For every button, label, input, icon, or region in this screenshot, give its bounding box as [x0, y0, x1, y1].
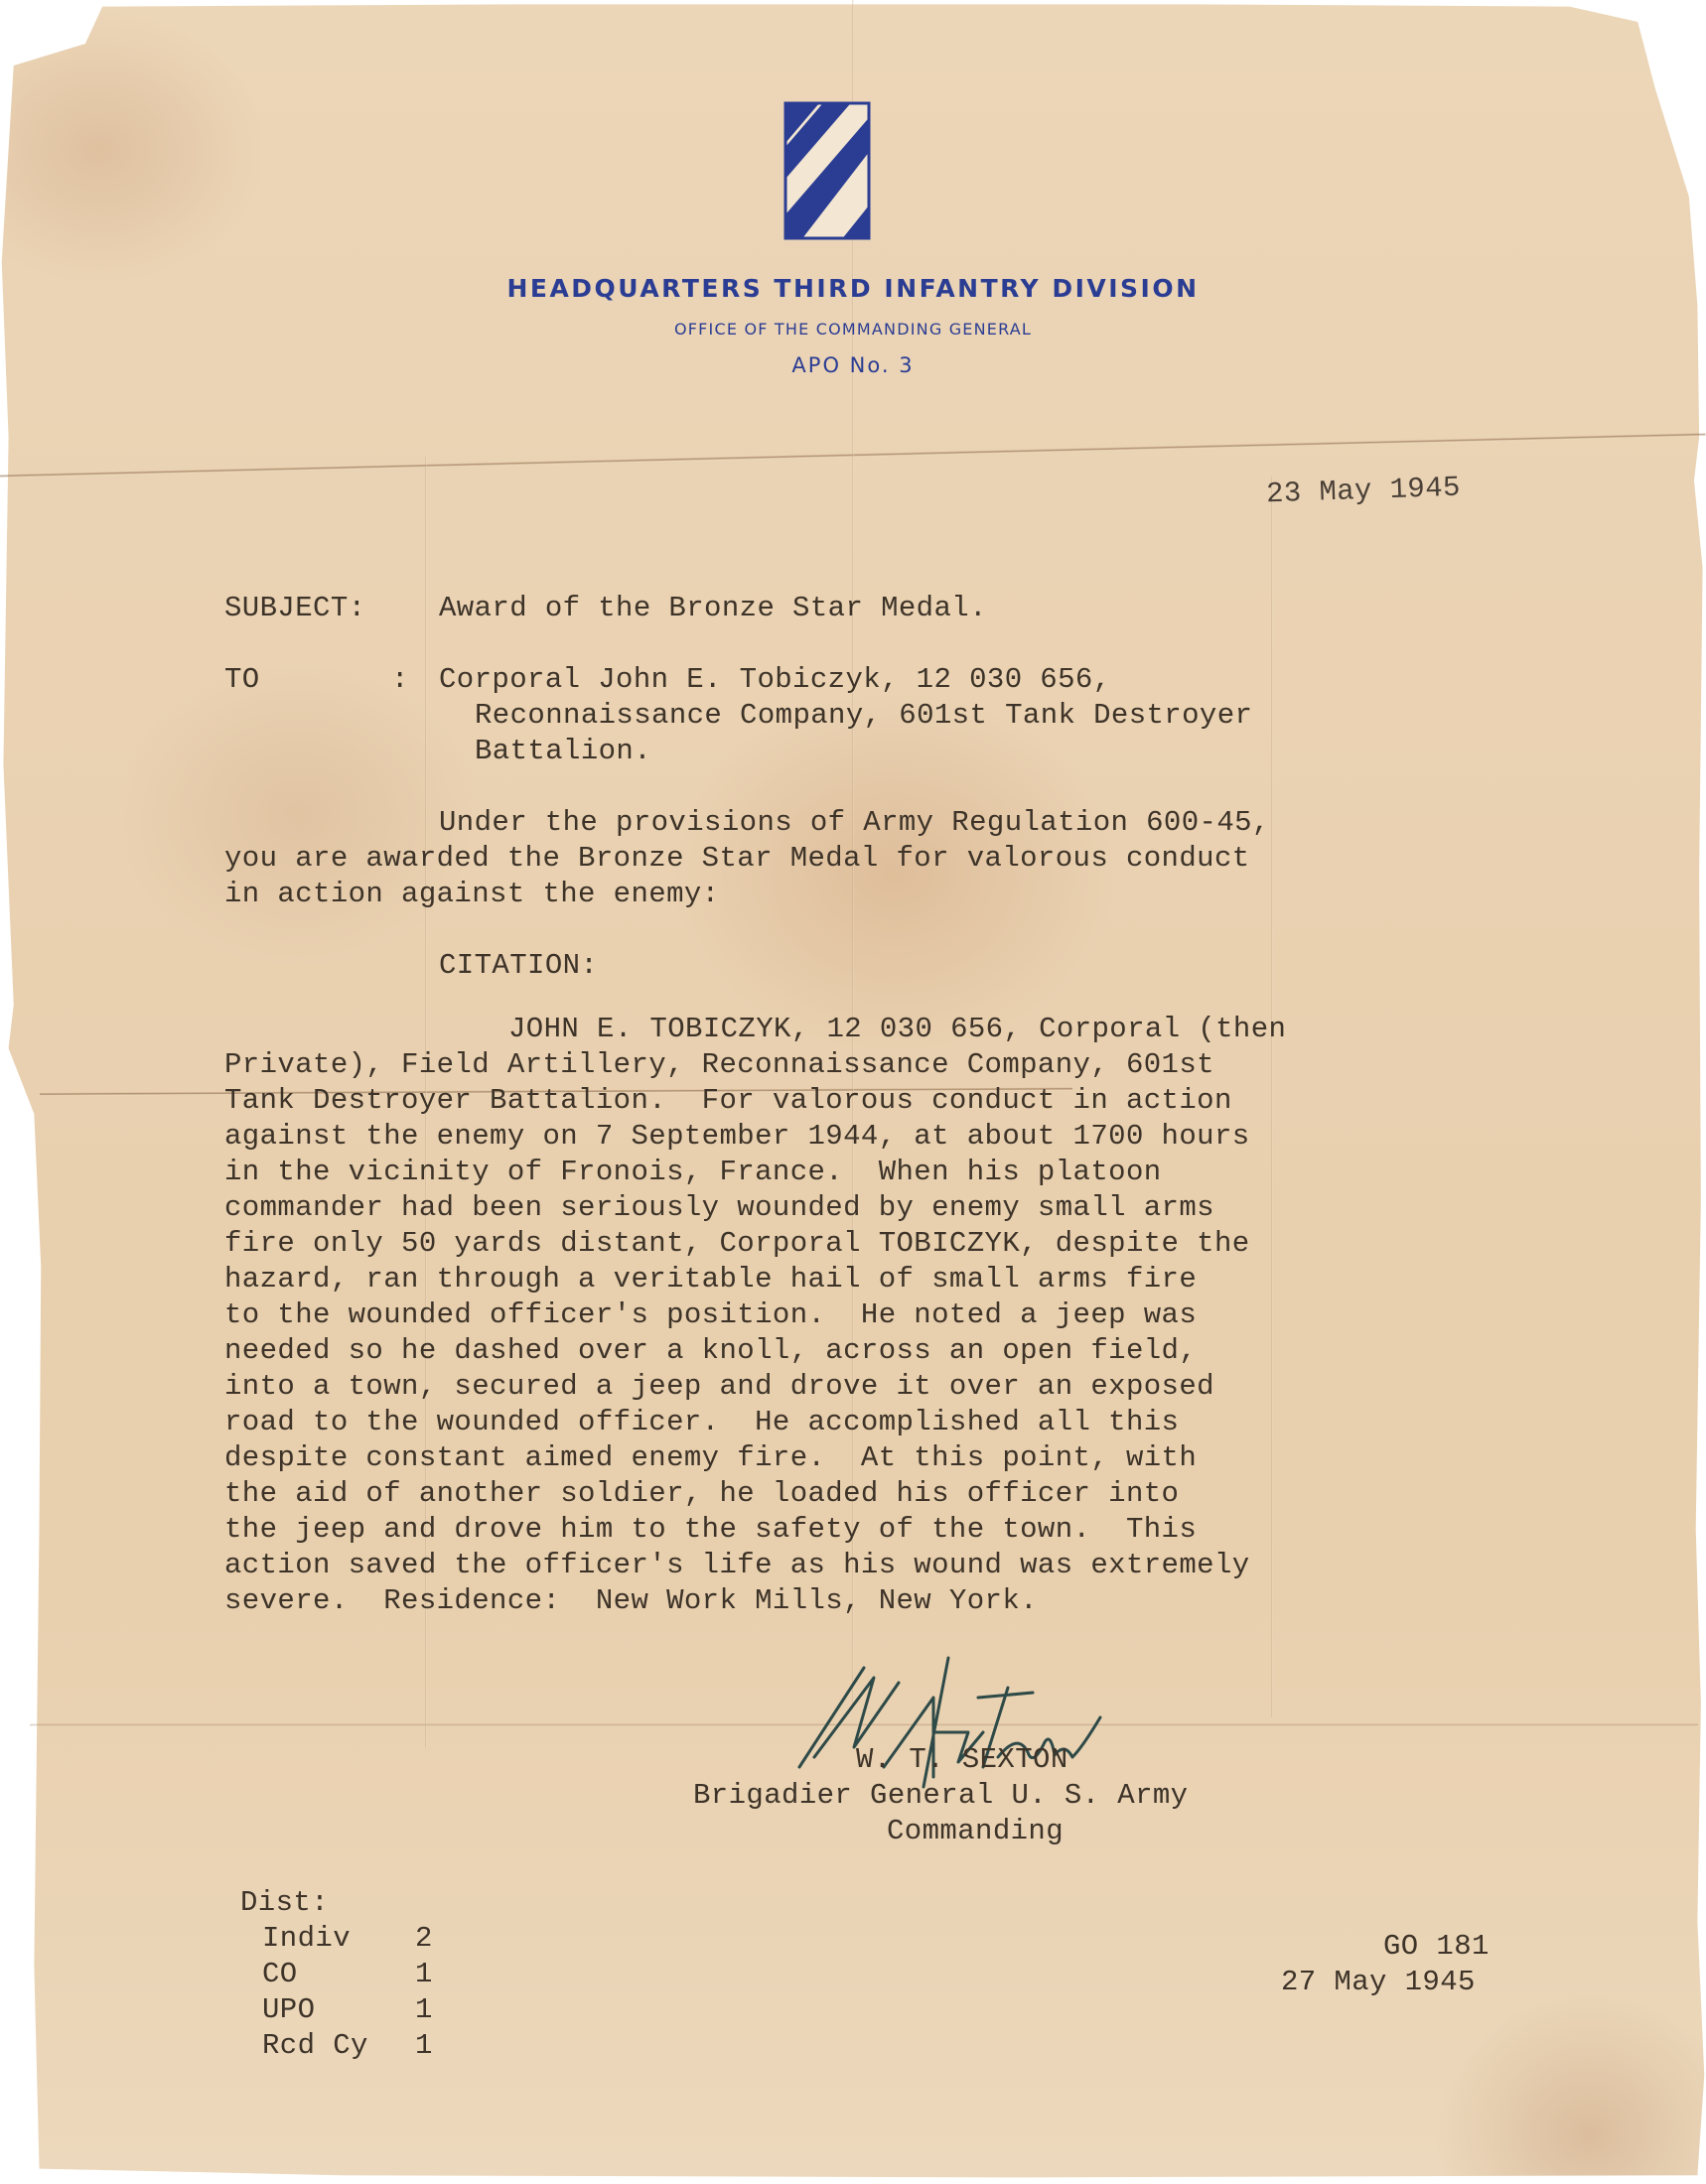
- signatory-role: Commanding: [887, 1815, 1064, 1847]
- letter-date: 23 May 1945: [1265, 472, 1461, 511]
- to-line-1: Corporal John E. Tobiczyk, 12 030 656,: [439, 663, 1111, 696]
- citation-line: Private), Field Artillery, Reconnaissanc…: [224, 1048, 1214, 1081]
- distribution-count: 2: [415, 1922, 433, 1955]
- citation-line: action saved the officer's life as his w…: [224, 1549, 1250, 1581]
- citation-line: despite constant aimed enemy fire. At th…: [224, 1441, 1197, 1474]
- signatory-name: W. T. SEXTON: [856, 1743, 1068, 1776]
- third-division-insignia-icon: [783, 101, 871, 240]
- intro-line-2: you are awarded the Bronze Star Medal fo…: [224, 842, 1250, 875]
- citation-line: the aid of another soldier, he loaded hi…: [224, 1477, 1179, 1510]
- general-order-number: GO 181: [1383, 1930, 1490, 1963]
- citation-line: into a town, secured a jeep and drove it…: [224, 1370, 1214, 1403]
- to-line-2: Reconnaissance Company, 601st Tank Destr…: [475, 699, 1252, 732]
- citation-line: hazard, ran through a veritable hail of …: [224, 1263, 1197, 1296]
- intro-line-3: in action against the enemy:: [224, 878, 719, 910]
- citation-line: needed so he dashed over a knoll, across…: [224, 1334, 1197, 1367]
- distribution-label: CO: [262, 1958, 298, 1990]
- signatory-rank: Brigadier General U. S. Army: [693, 1779, 1188, 1812]
- distribution-label: UPO: [262, 1993, 315, 2026]
- distribution-label: Indiv: [262, 1922, 351, 1955]
- subject-value: Award of the Bronze Star Medal.: [439, 592, 987, 624]
- distribution-count: 1: [415, 1993, 433, 2026]
- general-order-date: 27 May 1945: [1281, 1966, 1476, 1998]
- citation-line: road to the wounded officer. He accompli…: [224, 1406, 1179, 1438]
- citation-line: to the wounded officer's position. He no…: [224, 1298, 1197, 1331]
- subject-label: SUBJECT:: [224, 592, 365, 624]
- to-line-3: Battalion.: [475, 735, 651, 767]
- letterhead-apo: APO No. 3: [0, 353, 1706, 377]
- distribution-count: 1: [415, 2029, 433, 2062]
- distribution-count: 1: [415, 1958, 433, 1990]
- citation-line: JOHN E. TOBICZYK, 12 030 656, Corporal (…: [508, 1013, 1286, 1045]
- citation-line: against the enemy on 7 September 1944, a…: [224, 1120, 1250, 1153]
- distribution-heading: Dist:: [240, 1886, 329, 1919]
- distribution-label: Rcd Cy: [262, 2029, 368, 2062]
- fold-crease-vertical-right: [1271, 477, 1273, 1717]
- citation-line: the jeep and drove him to the safety of …: [224, 1513, 1197, 1546]
- letterhead-office: OFFICE OF THE COMMANDING GENERAL: [0, 320, 1706, 339]
- citation-line: commander had been seriously wounded by …: [224, 1191, 1214, 1224]
- to-label: TO: [224, 663, 260, 696]
- citation-line: severe. Residence: New Work Mills, New Y…: [224, 1584, 1038, 1617]
- letterhead-title: HEADQUARTERS THIRD INFANTRY DIVISION: [0, 274, 1706, 303]
- citation-line: in the vicinity of Fronois, France. When…: [224, 1156, 1162, 1188]
- citation-line: fire only 50 yards distant, Corporal TOB…: [224, 1227, 1250, 1260]
- intro-line-1: Under the provisions of Army Regulation …: [439, 806, 1270, 839]
- citation-heading: CITATION:: [439, 949, 598, 982]
- citation-line: Tank Destroyer Battalion. For valorous c…: [224, 1084, 1232, 1117]
- to-colon: :: [391, 663, 409, 696]
